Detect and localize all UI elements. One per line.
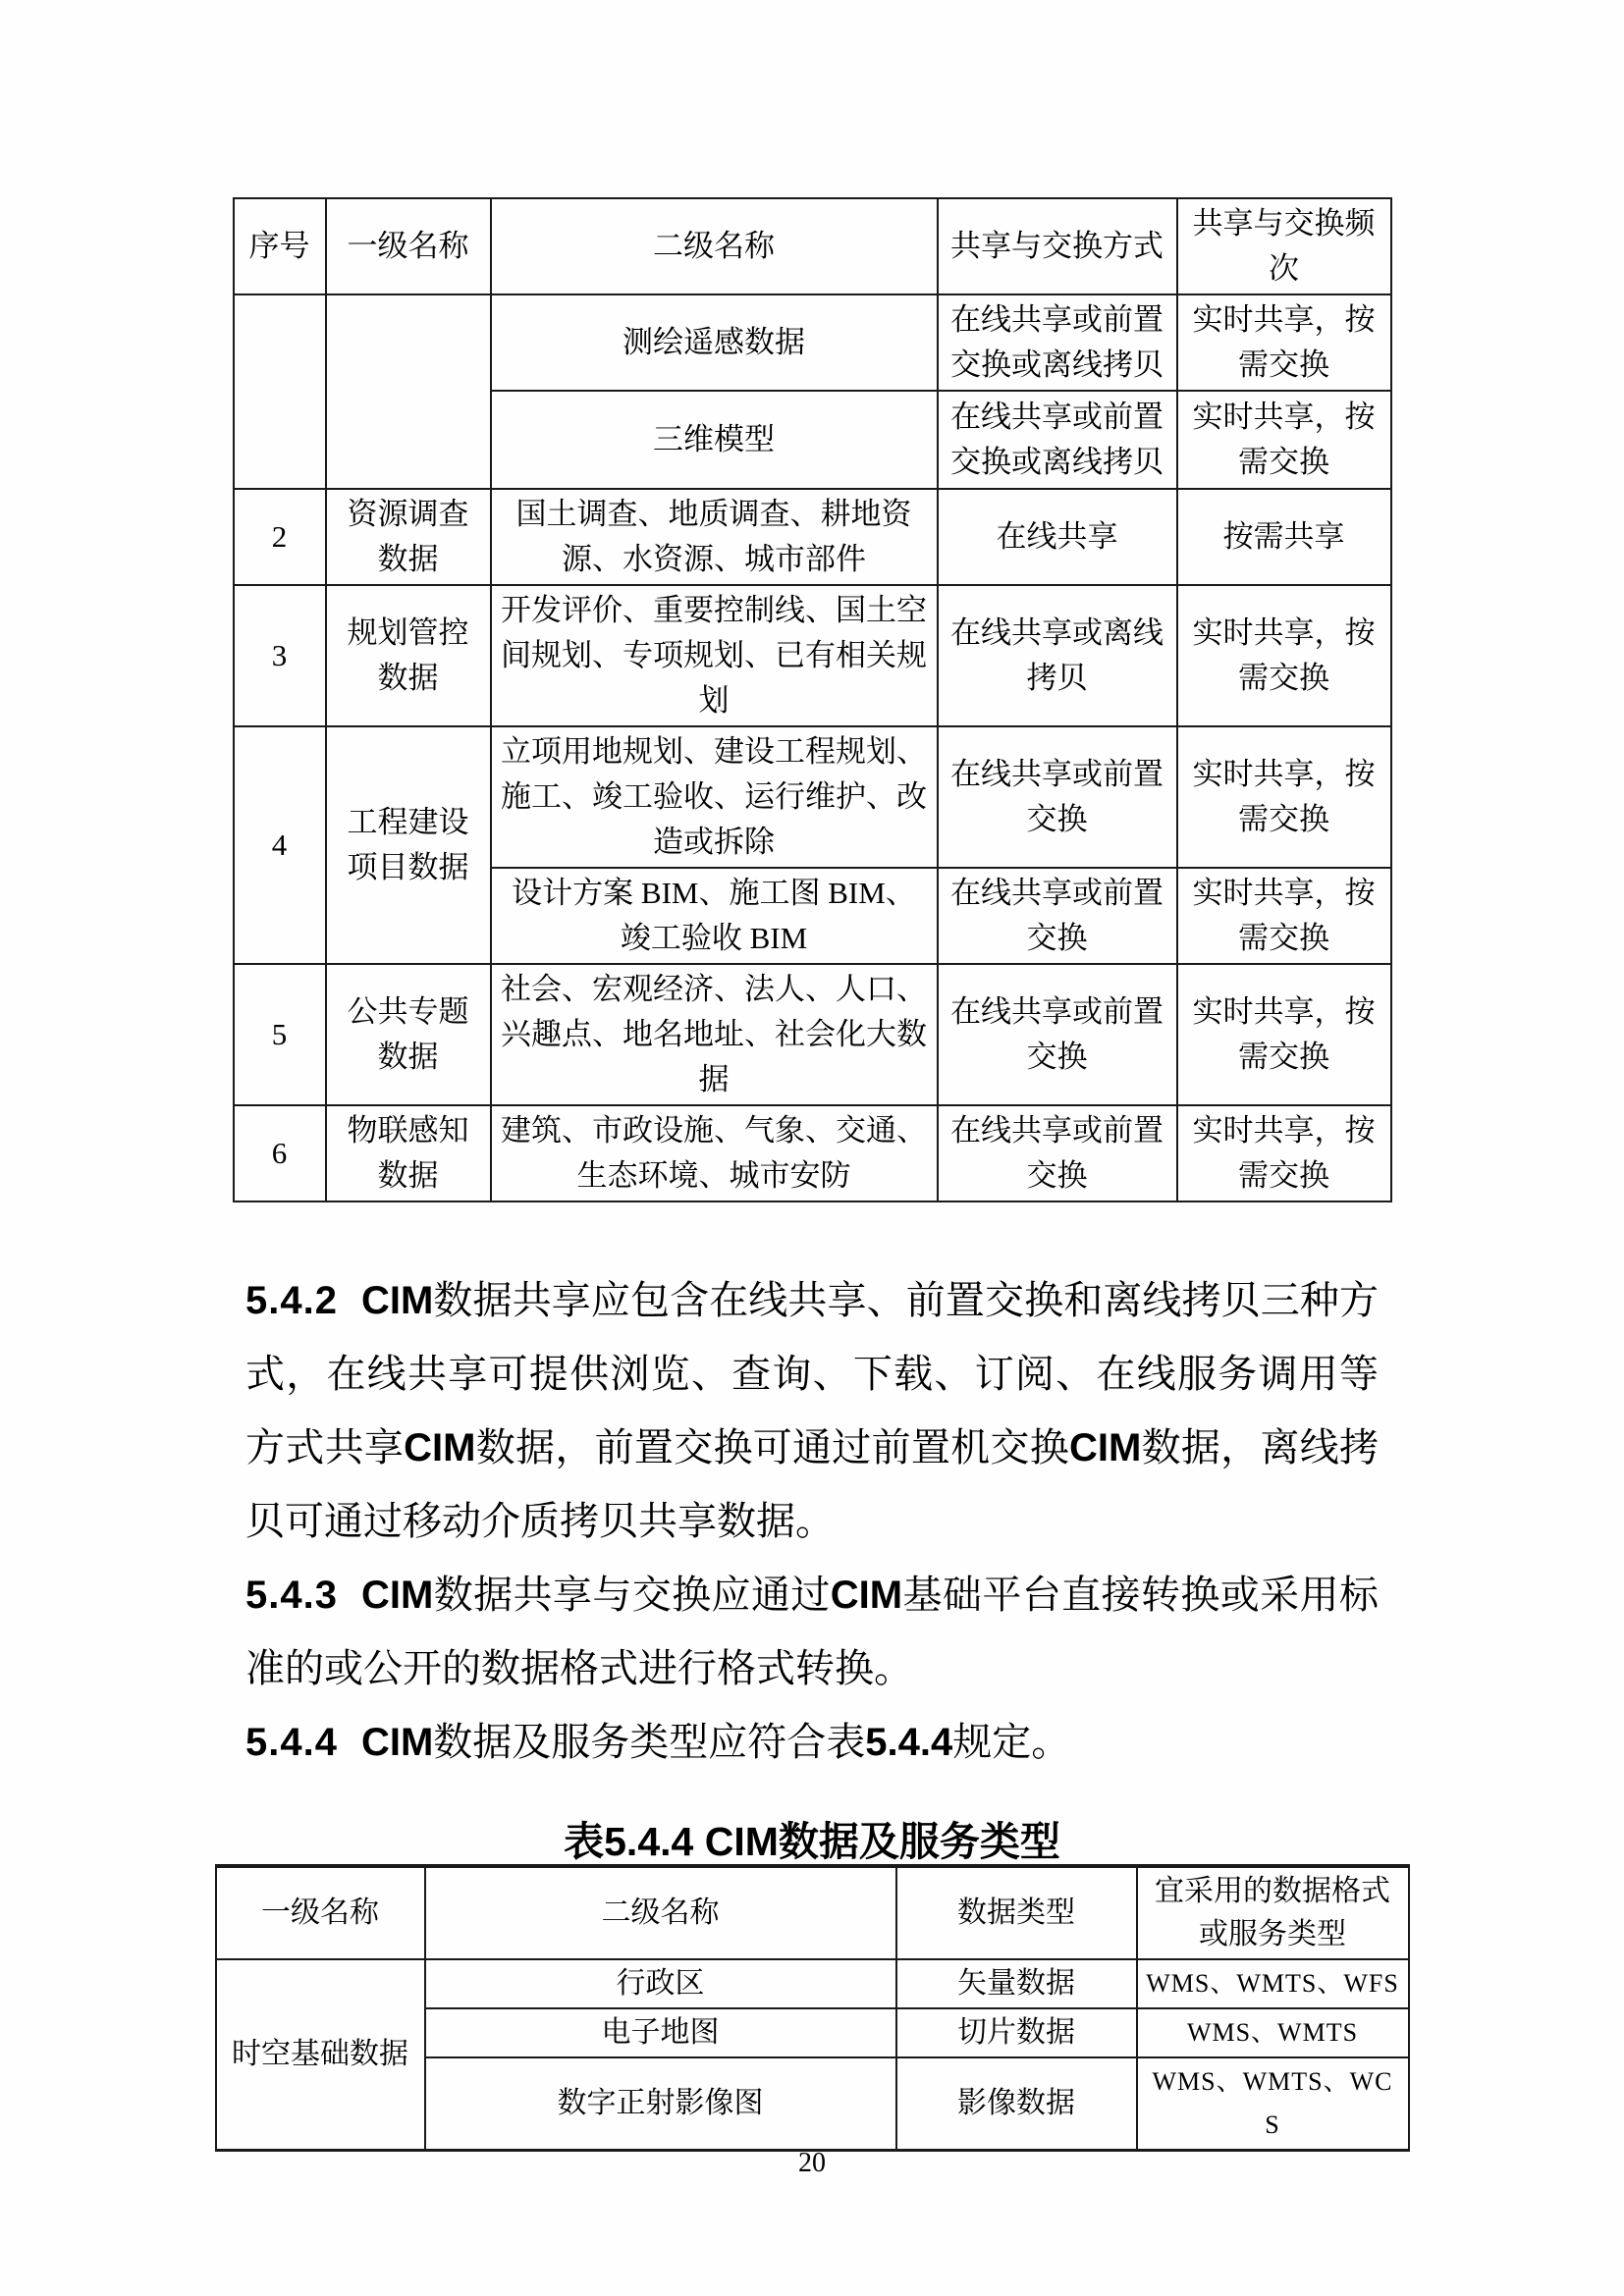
clause-number: 5.4.3: [245, 1574, 338, 1617]
header-cell: 一级名称: [326, 198, 491, 294]
table-cell: 三维模型: [491, 391, 938, 489]
table-cell: 在线共享或离线拷贝: [938, 585, 1177, 726]
clause-text-run: 5.4.4: [865, 1721, 952, 1764]
table-cell: 国土调查、地质调查、耕地资源、水资源、城市部件: [491, 489, 938, 585]
clause-text-run: 数据，前置交换可通过前置机交换: [475, 1426, 1069, 1469]
clause-5-4-4: 5.4.4CIM数据及服务类型应符合表5.4.4规定。: [245, 1706, 1379, 1780]
table-cell: 在线共享或前置交换或离线拷贝: [938, 391, 1177, 489]
table-cell: 3: [234, 585, 326, 726]
table-cell: 立项用地规划、建设工程规划、施工、竣工验收、运行维护、改造或拆除: [491, 726, 938, 868]
clause-text-run: 数据共享与交换应通过: [433, 1574, 830, 1617]
table-row: 6物联感知数据建筑、市政设施、气象、交通、生态环境、城市安防在线共享或前置交换实…: [234, 1105, 1391, 1201]
table-cell: 实时共享，按需交换: [1177, 726, 1391, 868]
clause-number: 5.4.2: [245, 1279, 338, 1322]
table-cell: 社会、宏观经济、法人、人口、兴趣点、地名地址、社会化大数据: [491, 964, 938, 1105]
table-cell: 工程建设项目数据: [326, 726, 491, 964]
table-cell: [234, 294, 326, 489]
header-cell: 一级名称: [216, 1866, 425, 1959]
clause-text-run: CIM: [361, 1279, 433, 1322]
table-cell: 实时共享，按需交换: [1177, 964, 1391, 1105]
table-cell: 6: [234, 1105, 326, 1201]
table-cell: 在线共享或前置交换: [938, 1105, 1177, 1201]
table-cell: 物联感知数据: [326, 1105, 491, 1201]
table-cell: 在线共享或前置交换: [938, 964, 1177, 1105]
table-row: 4工程建设项目数据立项用地规划、建设工程规划、施工、竣工验收、运行维护、改造或拆…: [234, 726, 1391, 868]
data-sharing-exchange-table-body: 序号一级名称二级名称共享与交换方式共享与交换频次测绘遥感数据在线共享或前置交换或…: [234, 198, 1391, 1201]
table-544-title: 表5.4.4 CIM数据及服务类型: [0, 1819, 1624, 1864]
header-cell: 共享与交换频次: [1177, 198, 1391, 294]
document-page: 序号一级名称二级名称共享与交换方式共享与交换频次测绘遥感数据在线共享或前置交换或…: [0, 0, 1624, 2296]
data-sharing-exchange-table: 序号一级名称二级名称共享与交换方式共享与交换频次测绘遥感数据在线共享或前置交换或…: [233, 197, 1392, 1202]
header-cell: 数据类型: [896, 1866, 1137, 1959]
header-cell: 二级名称: [425, 1866, 896, 1959]
table-cell: 规划管控数据: [326, 585, 491, 726]
table-cell: [326, 294, 491, 489]
table-cell: 设计方案 BIM、施工图 BIM、竣工验收 BIM: [491, 868, 938, 964]
cim-data-service-type-table: 一级名称二级名称数据类型宜采用的数据格式或服务类型时空基础数据行政区矢量数据WM…: [215, 1864, 1410, 2152]
clause-text-run: CIM: [404, 1426, 475, 1469]
clause-text-run: CIM: [361, 1721, 433, 1764]
table-cell: 按需共享: [1177, 489, 1391, 585]
clause-text-run: CIM: [831, 1574, 902, 1617]
table-cell: 在线共享或前置交换: [938, 868, 1177, 964]
table-cell: 实时共享，按需交换: [1177, 294, 1391, 391]
table-cell: 矢量数据: [896, 1959, 1137, 2008]
header-cell: 序号: [234, 198, 326, 294]
table-cell: 在线共享或前置交换: [938, 726, 1177, 868]
table-cell: 实时共享，按需交换: [1177, 585, 1391, 726]
header-row: 序号一级名称二级名称共享与交换方式共享与交换频次: [234, 198, 1391, 294]
page-number: 20: [0, 2148, 1624, 2179]
header-row: 一级名称二级名称数据类型宜采用的数据格式或服务类型: [216, 1866, 1409, 1959]
clause-number: 5.4.4: [245, 1721, 338, 1764]
table-cell: 实时共享，按需交换: [1177, 868, 1391, 964]
table-cell: 影像数据: [896, 2057, 1137, 2151]
table-cell: 切片数据: [896, 2008, 1137, 2057]
clause-text-run: 规定。: [952, 1721, 1070, 1764]
table-cell: 实时共享，按需交换: [1177, 1105, 1391, 1201]
clause-text-run: CIM: [361, 1574, 433, 1617]
table-cell: 2: [234, 489, 326, 585]
table-cell: 建筑、市政设施、气象、交通、生态环境、城市安防: [491, 1105, 938, 1201]
clause-5-4-2: 5.4.2CIM数据共享应包含在线共享、前置交换和离线拷贝三种方式，在线共享可提…: [245, 1264, 1379, 1559]
table-cell: 开发评价、重要控制线、国土空间规划、专项规划、已有相关规划: [491, 585, 938, 726]
table-row: 3规划管控数据开发评价、重要控制线、国土空间规划、专项规划、已有相关规划在线共享…: [234, 585, 1391, 726]
table-cell: 4: [234, 726, 326, 964]
clause-text-run: 数据及服务类型应符合表: [433, 1721, 865, 1764]
table-cell: 测绘遥感数据: [491, 294, 938, 391]
header-cell: 宜采用的数据格式或服务类型: [1137, 1866, 1409, 1959]
table-cell: 行政区: [425, 1959, 896, 2008]
table-cell: 5: [234, 964, 326, 1105]
table-row: 5公共专题数据社会、宏观经济、法人、人口、兴趣点、地名地址、社会化大数据在线共享…: [234, 964, 1391, 1105]
table-cell: 时空基础数据: [216, 1959, 425, 2151]
table-row: 2资源调查数据国土调查、地质调查、耕地资源、水资源、城市部件在线共享按需共享: [234, 489, 1391, 585]
table-row: 时空基础数据行政区矢量数据WMS、WMTS、WFS: [216, 1959, 1409, 2008]
table-cell: 在线共享: [938, 489, 1177, 585]
clause-text-run: CIM: [1069, 1426, 1141, 1469]
table-cell: 资源调查数据: [326, 489, 491, 585]
table-cell: 数字正射影像图: [425, 2057, 896, 2151]
table-cell: 在线共享或前置交换或离线拷贝: [938, 294, 1177, 391]
header-cell: 二级名称: [491, 198, 938, 294]
cim-data-service-type-table-body: 一级名称二级名称数据类型宜采用的数据格式或服务类型时空基础数据行政区矢量数据WM…: [216, 1866, 1409, 2151]
table-row: 测绘遥感数据在线共享或前置交换或离线拷贝实时共享，按需交换: [234, 294, 1391, 391]
table-cell: 电子地图: [425, 2008, 896, 2057]
table-cell: 公共专题数据: [326, 964, 491, 1105]
header-cell: 共享与交换方式: [938, 198, 1177, 294]
table-cell: WMS、WMTS: [1137, 2008, 1409, 2057]
table-cell: WMS、WMTS、WCS: [1137, 2057, 1409, 2151]
clauses-section: 5.4.2CIM数据共享应包含在线共享、前置交换和离线拷贝三种方式，在线共享可提…: [245, 1264, 1379, 1780]
clause-5-4-3: 5.4.3CIM数据共享与交换应通过CIM基础平台直接转换或采用标准的或公开的数…: [245, 1559, 1379, 1706]
table-cell: WMS、WMTS、WFS: [1137, 1959, 1409, 2008]
table-cell: 实时共享，按需交换: [1177, 391, 1391, 489]
